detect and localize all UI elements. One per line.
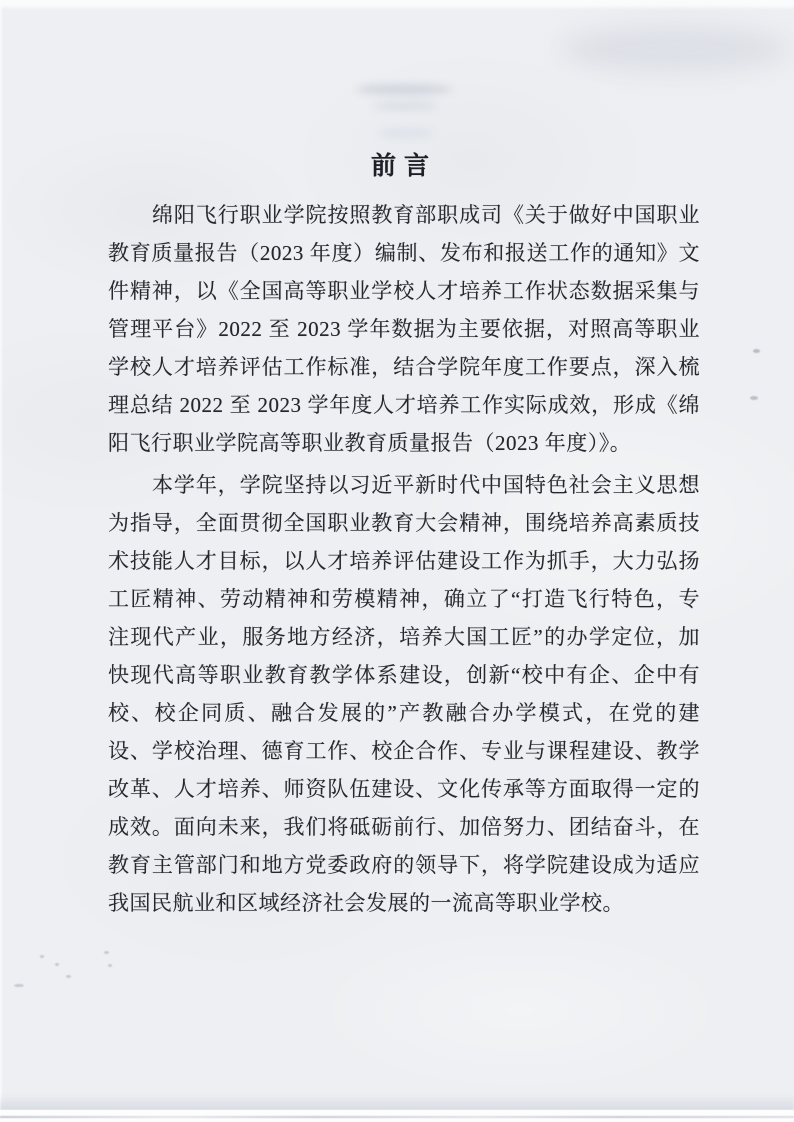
text-line: 设、学校治理、德育工作、校企合作、专业与课程建设、教学 xyxy=(108,732,700,770)
text-line: 理总结 2022 至 2023 学年度人才培养工作实际成效，形成《绵 xyxy=(108,386,700,424)
paragraph-2: 本学年，学院坚持以习近平新时代中国特色社会主义思想 为指导，全面贯彻全国职业教育… xyxy=(108,466,700,922)
scan-speck xyxy=(14,984,24,987)
scan-speck xyxy=(750,396,758,400)
scan-speck xyxy=(104,951,109,954)
bleedthrough-smudge xyxy=(372,102,438,110)
text-line: 绵阳飞行职业学院按照教育部职成司《关于做好中国职业 xyxy=(108,196,700,234)
bleedthrough-smudge xyxy=(378,128,434,138)
scan-shade-top-right xyxy=(560,25,790,73)
text-line: 管理平台》2022 至 2023 学年数据为主要依据，对照高等职业 xyxy=(108,310,700,348)
bleedthrough-smudge xyxy=(356,84,452,95)
text-line: 学校人才培养评估工作标准，结合学院年度工作要点，深入梳 xyxy=(108,348,700,386)
scan-speck xyxy=(55,963,59,966)
text-line: 我国民航业和区域经济社会发展的一流高等职业学校。 xyxy=(108,884,700,922)
paragraph-1: 绵阳飞行职业学院按照教育部职成司《关于做好中国职业 教育质量报告（2023 年度… xyxy=(108,196,700,462)
scan-bottom-line xyxy=(0,1116,794,1118)
text-line: 为指导，全面贯彻全国职业教育大会精神，围绕培养高素质技 xyxy=(108,504,700,542)
text-line: 改革、人才培养、师资队伍建设、文化传承等方面取得一定的 xyxy=(108,770,700,808)
scan-bottom-shadow xyxy=(0,1094,794,1110)
text-line: 阳飞行职业学院高等职业教育质量报告（2023 年度）》。 xyxy=(108,424,700,462)
text-line: 教育主管部门和地方党委政府的领导下，将学院建设成为适应 xyxy=(108,846,700,884)
preface-title: 前言 xyxy=(0,146,794,182)
text-line: 工匠精神、劳动精神和劳模精神，确立了“打造飞行特色，专 xyxy=(108,580,700,618)
document-body: 绵阳飞行职业学院按照教育部职成司《关于做好中国职业 教育质量报告（2023 年度… xyxy=(108,196,700,922)
text-line: 注现代产业，服务地方经济，培养大国工匠”的办学定位，加 xyxy=(108,618,700,656)
scan-speck xyxy=(108,964,112,967)
text-line: 快现代高等职业教育教学体系建设，创新“校中有企、企中有 xyxy=(108,656,700,694)
text-line: 教育质量报告（2023 年度）编制、发布和报送工作的通知》文 xyxy=(108,234,700,272)
scan-speck xyxy=(753,349,760,353)
scanned-document-page: 前言 绵阳飞行职业学院按照教育部职成司《关于做好中国职业 教育质量报告（2023… xyxy=(0,0,794,1122)
scan-speck xyxy=(40,955,44,958)
text-line: 校、校企同质、融合发展的”产教融合办学模式，在党的建 xyxy=(108,694,700,732)
text-line: 本学年，学院坚持以习近平新时代中国特色社会主义思想 xyxy=(108,466,700,504)
text-line: 术技能人才目标，以人才培养评估建设工作为抓手，大力弘扬 xyxy=(108,542,700,580)
text-line: 成效。面向未来，我们将砥砺前行、加倍努力、团结奋斗，在 xyxy=(108,808,700,846)
text-line: 件精神，以《全国高等职业学校人才培养工作状态数据采集与 xyxy=(108,272,700,310)
scan-speck xyxy=(66,975,71,978)
